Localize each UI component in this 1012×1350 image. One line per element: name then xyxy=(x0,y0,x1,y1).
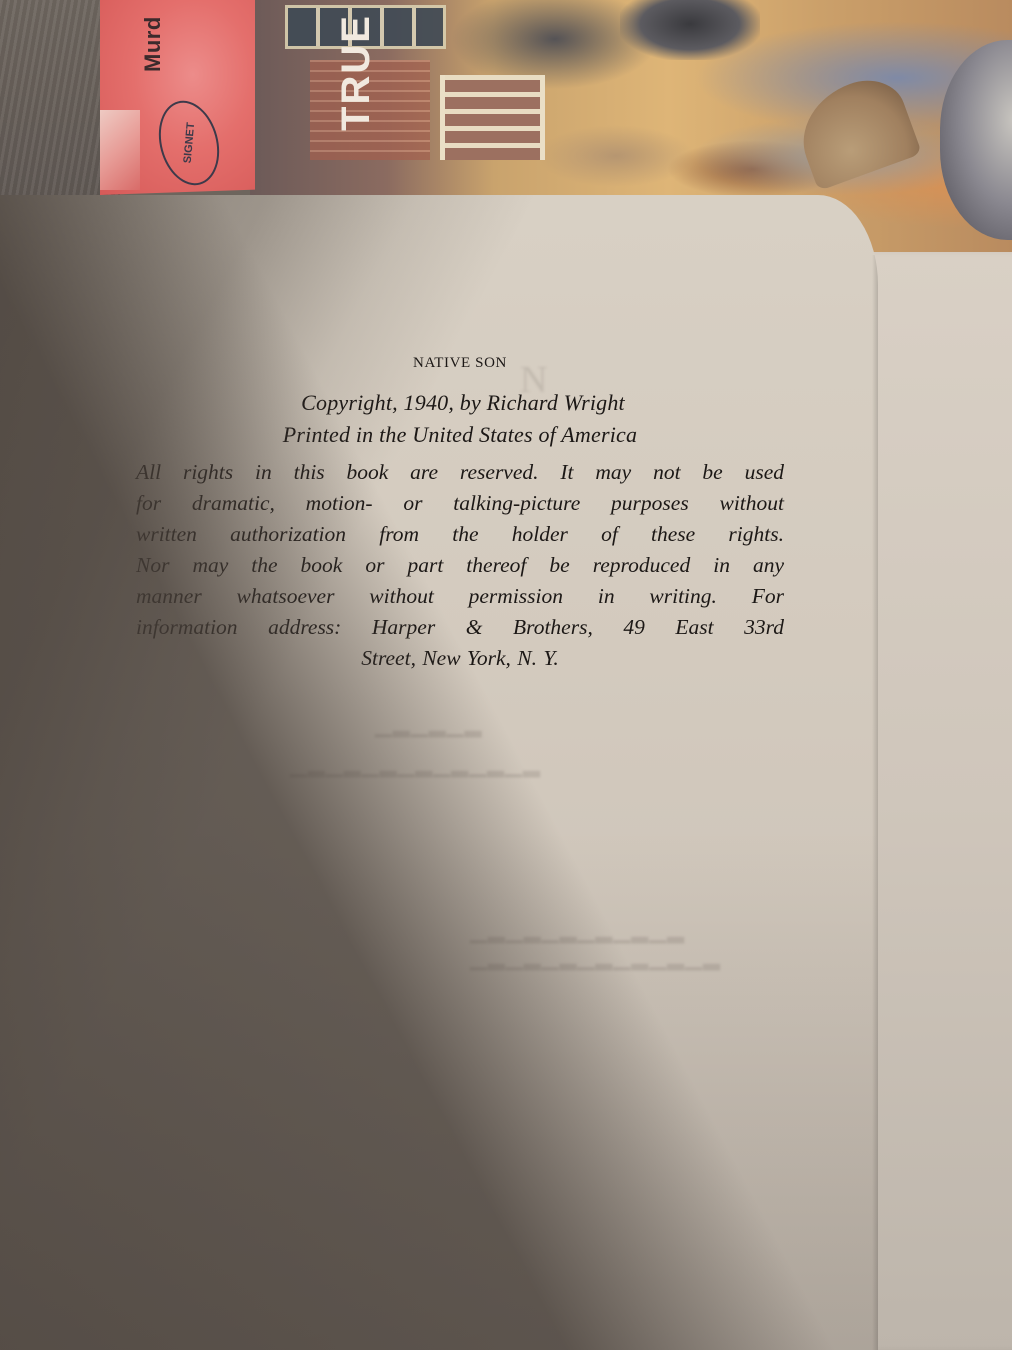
rights-line: manner whatsoever without permission in … xyxy=(136,581,784,612)
printed-in-line: Printed in the United States of America xyxy=(136,419,784,451)
signet-seal-text: SIGNET xyxy=(181,122,197,164)
bleed-through-line: ▁▂▁▂▁▂▁▂▁▂▁▂ xyxy=(470,918,685,944)
rights-line: Nor may the book or part thereof be repr… xyxy=(136,550,784,581)
page-edge xyxy=(872,255,878,1350)
rights-line: written authorization from the holder of… xyxy=(136,519,784,550)
bleed-through-line: ▁▂▁▂▁▂▁▂▁▂▁▂▁▂ xyxy=(470,945,721,971)
magazine-title-fragment: Murd xyxy=(140,16,166,72)
magazine-torn-corner xyxy=(100,110,140,190)
copyright-line: Copyright, 1940, by Richard Wright xyxy=(142,387,784,419)
magazine-cover-word: TRUE xyxy=(334,14,379,131)
bleed-through-line: ▁▂▁▂▁▂▁▂▁▂▁▂▁▂ xyxy=(290,752,541,778)
right-page xyxy=(861,252,1012,1350)
illustration-chair xyxy=(440,75,545,160)
bleed-through-line: ▁▂▁▂▁▂ xyxy=(375,712,483,738)
rights-reserved-paragraph: All rights in this book are reserved. It… xyxy=(136,457,784,674)
copyright-notice: NATIVE SON Copyright, 1940, by Richard W… xyxy=(136,353,784,674)
book-title: NATIVE SON xyxy=(136,353,784,373)
rights-line: information address: Harper & Brothers, … xyxy=(136,612,784,643)
rights-line: for dramatic, motion- or talking-picture… xyxy=(136,488,784,519)
publisher-address-line: Street, New York, N. Y. xyxy=(136,643,784,674)
rights-line: All rights in this book are reserved. It… xyxy=(136,457,784,488)
illustration-figure xyxy=(620,0,760,60)
